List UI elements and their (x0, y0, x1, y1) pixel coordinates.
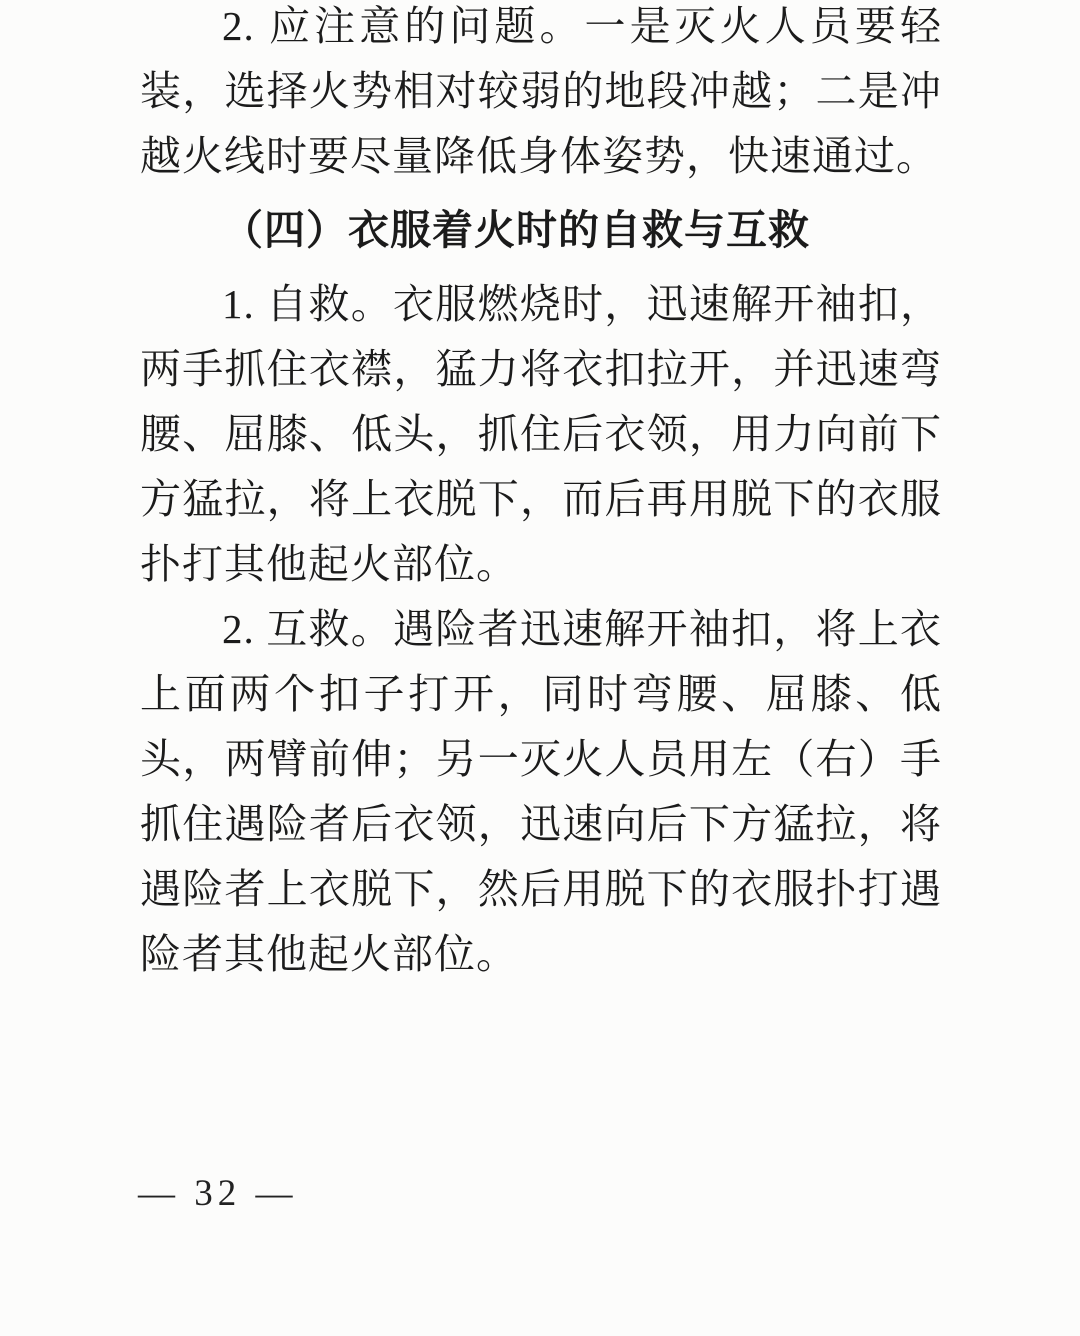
paragraph-fireline-crossing-notes: 2. 应注意的问题。一是灭火人员要轻装，选择火势相对较弱的地段冲越；二是冲越火线… (140, 0, 942, 189)
page-number: — 32 — (138, 1172, 298, 1215)
paragraph-self-rescue: 1. 自救。衣服燃烧时，迅速解开袖扣，两手抓住衣襟，猛力将衣扣拉开，并迅速弯腰、… (140, 272, 942, 597)
document-page: 2. 应注意的问题。一是灭火人员要轻装，选择火势相对较弱的地段冲越；二是冲越火线… (0, 0, 1080, 1336)
section-heading-clothing-fire-rescue: （四）衣服着火时的自救与互救 (140, 198, 942, 263)
paragraph-mutual-rescue: 2. 互救。遇险者迅速解开袖扣，将上衣上面两个扣子打开，同时弯腰、屈膝、低头，两… (140, 597, 942, 987)
document-content: 2. 应注意的问题。一是灭火人员要轻装，选择火势相对较弱的地段冲越；二是冲越火线… (140, 0, 942, 987)
